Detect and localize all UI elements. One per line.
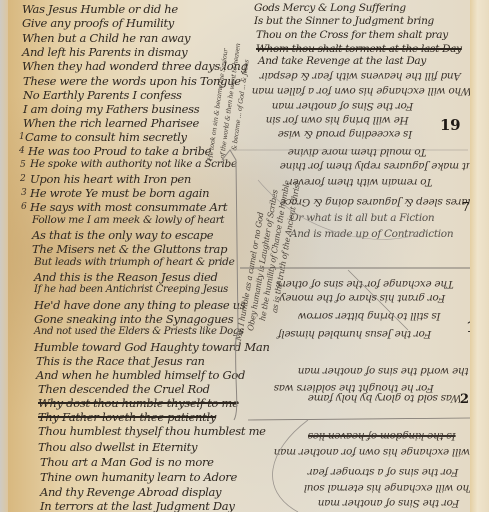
manuscript-page: Was Jesus Humble or did he Give any proo… xyxy=(8,0,470,512)
page-left-edge xyxy=(0,0,8,512)
pencil-strokes xyxy=(8,0,470,512)
page-right-edge xyxy=(470,0,489,512)
